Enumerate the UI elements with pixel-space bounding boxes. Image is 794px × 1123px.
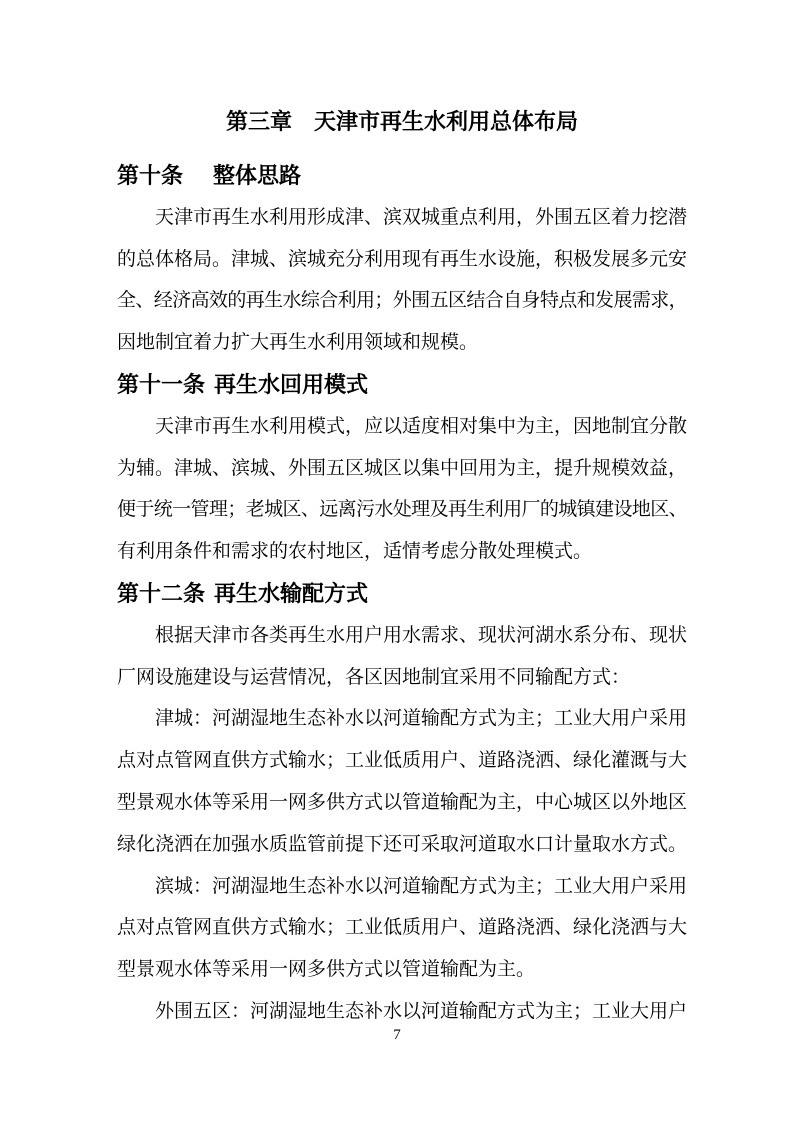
- paragraph: 根据天津市各类再生水用户用水需求、现状河湖水系分布、现状厂网设施建设与运营情况，…: [117, 615, 687, 699]
- text-line: 为辅。津城、滨城、外围五区城区以集中回用为主，提升规模效益，: [117, 448, 687, 490]
- section-heading: 第十一条再生水回用模式: [117, 364, 687, 406]
- text-line: 有利用条件和需求的农村地区，适情考虑分散处理模式。: [117, 531, 687, 573]
- text-line: 厂网设施建设与运营情况，各区因地制宜采用不同输配方式：: [117, 657, 687, 699]
- text-line-content: 因地制宜着力扩大再生水利用领域和规模。: [117, 332, 478, 353]
- section: 第十一条再生水回用模式天津市再生水利用模式，应以适度相对集中为主，因地制宜分散为…: [117, 364, 687, 573]
- section: 第十二条再生水输配方式根据天津市各类再生水用户用水需求、现状河湖水系分布、现状厂…: [117, 573, 687, 1033]
- section: 第十条整体思路天津市再生水利用形成津、滨双城重点利用，外围五区着力挖潜的总体格局…: [117, 155, 687, 364]
- text-line: 型景观水体等采用一网多供方式以管道输配为主。: [117, 949, 687, 991]
- heading-number: 第十条: [117, 163, 183, 188]
- paragraph: 滨城：河湖湿地生态补水以河道输配方式为主；工业大用户采用点对点管网直供方式输水；…: [117, 866, 687, 991]
- text-line-content: 厂网设施建设与运营情况，各区因地制宜采用不同输配方式：: [117, 667, 630, 688]
- text-line-content: 为辅。津城、滨城、外围五区城区以集中回用为主，提升规模效益，: [117, 458, 687, 479]
- text-line: 滨城：河湖湿地生态补水以河道输配方式为主；工业大用户采用: [117, 866, 687, 908]
- text-line-content: 有利用条件和需求的农村地区，适情考虑分散处理模式。: [117, 541, 592, 562]
- text-line-content: 点对点管网直供方式输水；工业低质用户、道路浇洒、绿化浇洒与大: [117, 917, 687, 938]
- text-line: 型景观水体等采用一网多供方式以管道输配为主，中心城区以外地区: [117, 782, 687, 824]
- text-line: 天津市再生水利用形成津、滨双城重点利用，外围五区着力挖潜: [117, 197, 687, 239]
- text-line-content: 点对点管网直供方式输水；工业低质用户、道路浇洒、绿化灌溉与大: [117, 750, 687, 771]
- text-line: 全、经济高效的再生水综合利用；外围五区结合自身特点和发展需求，: [117, 280, 687, 322]
- heading-title: 整体思路: [213, 163, 301, 188]
- page-footer: 7: [0, 1026, 794, 1044]
- heading-number: 第十一条: [117, 372, 205, 397]
- text-line-content: 根据天津市各类再生水用户用水需求、现状河湖水系分布、现状: [155, 625, 687, 646]
- section-heading: 第十条整体思路: [117, 155, 687, 197]
- text-line-content: 津城：河湖湿地生态补水以河道输配方式为主；工业大用户采用: [155, 708, 687, 729]
- text-line: 因地制宜着力扩大再生水利用领域和规模。: [117, 322, 687, 364]
- text-line-content: 型景观水体等采用一网多供方式以管道输配为主，中心城区以外地区: [117, 792, 687, 813]
- heading-title: 再生水回用模式: [214, 372, 368, 397]
- sections: 第十条整体思路天津市再生水利用形成津、滨双城重点利用，外围五区着力挖潜的总体格局…: [117, 155, 687, 1033]
- heading-title: 再生水输配方式: [214, 581, 368, 606]
- text-line-content: 绿化浇洒在加强水质监管前提下还可采取河道取水口计量取水方式。: [117, 834, 687, 855]
- paragraph: 天津市再生水利用形成津、滨双城重点利用，外围五区着力挖潜的总体格局。津城、滨城充…: [117, 197, 687, 364]
- text-line: 绿化浇洒在加强水质监管前提下还可采取河道取水口计量取水方式。: [117, 824, 687, 866]
- text-line-content: 的总体格局。津城、滨城充分利用现有再生水设施，积极发展多元安: [117, 249, 687, 270]
- document-content: 第三章天津市再生水利用总体布局 第十条整体思路天津市再生水利用形成津、滨双城重点…: [117, 0, 687, 1033]
- text-line-content: 天津市再生水利用模式，应以适度相对集中为主，因地制宜分散: [155, 416, 687, 437]
- chapter-number: 第三章: [226, 109, 292, 134]
- text-line-content: 便于统一管理；老城区、远离污水处理及再生利用厂的城镇建设地区、: [117, 499, 687, 520]
- chapter-title: 第三章天津市再生水利用总体布局: [117, 100, 687, 144]
- text-line: 便于统一管理；老城区、远离污水处理及再生利用厂的城镇建设地区、: [117, 489, 687, 531]
- chapter-name: 天津市再生水利用总体布局: [314, 109, 578, 134]
- text-line: 天津市再生水利用模式，应以适度相对集中为主，因地制宜分散: [117, 406, 687, 448]
- text-line-content: 外围五区：河湖湿地生态补水以河道输配方式为主；工业大用户: [155, 1001, 687, 1022]
- text-line-content: 全、经济高效的再生水综合利用；外围五区结合自身特点和发展需求，: [117, 290, 687, 311]
- heading-number: 第十二条: [117, 581, 205, 606]
- text-line: 的总体格局。津城、滨城充分利用现有再生水设施，积极发展多元安: [117, 239, 687, 281]
- section-heading: 第十二条再生水输配方式: [117, 573, 687, 615]
- document-page: 第三章天津市再生水利用总体布局 第十条整体思路天津市再生水利用形成津、滨双城重点…: [0, 0, 794, 1123]
- page-number: 7: [393, 1027, 401, 1043]
- text-line-content: 天津市再生水利用形成津、滨双城重点利用，外围五区着力挖潜: [155, 207, 687, 228]
- text-line-content: 滨城：河湖湿地生态补水以河道输配方式为主；工业大用户采用: [155, 876, 687, 897]
- text-line: 点对点管网直供方式输水；工业低质用户、道路浇洒、绿化灌溉与大: [117, 740, 687, 782]
- text-line: 点对点管网直供方式输水；工业低质用户、道路浇洒、绿化浇洒与大: [117, 907, 687, 949]
- paragraph: 天津市再生水利用模式，应以适度相对集中为主，因地制宜分散为辅。津城、滨城、外围五…: [117, 406, 687, 573]
- text-line: 津城：河湖湿地生态补水以河道输配方式为主；工业大用户采用: [117, 698, 687, 740]
- text-line-content: 型景观水体等采用一网多供方式以管道输配为主。: [117, 959, 535, 980]
- paragraph: 津城：河湖湿地生态补水以河道输配方式为主；工业大用户采用点对点管网直供方式输水；…: [117, 698, 687, 865]
- text-line: 根据天津市各类再生水用户用水需求、现状河湖水系分布、现状: [117, 615, 687, 657]
